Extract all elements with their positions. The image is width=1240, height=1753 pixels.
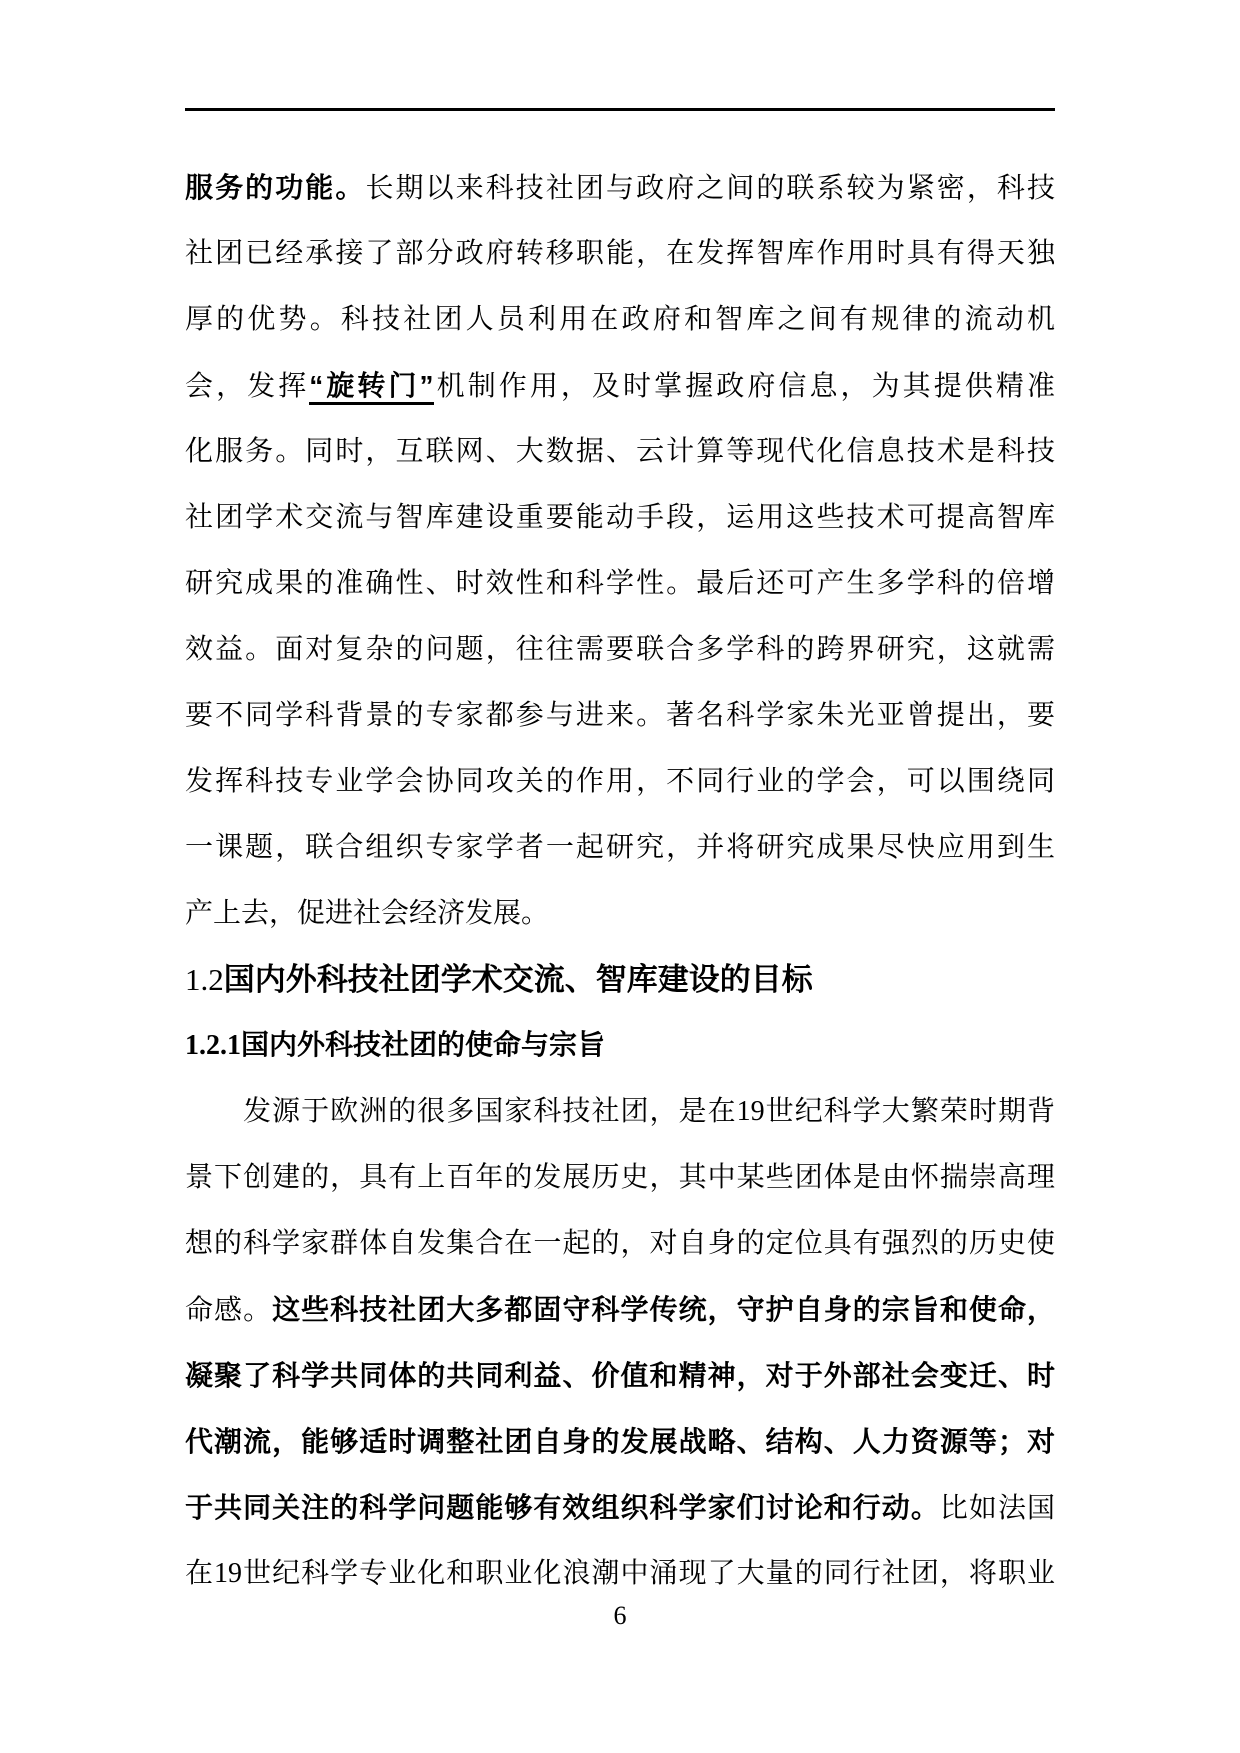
text-line: 命感。这些科技社团大多都固守科学传统，守护自身的宗旨和使命， — [185, 1277, 1055, 1343]
page-number: 6 — [185, 1596, 1055, 1636]
body-text: 命感。 — [185, 1295, 272, 1326]
bold-emphasis-text: 代潮流，能够适时调整社团自身的发展战略、结构、人力资源等；对 — [185, 1426, 1055, 1457]
section-title: 国内外科技社团学术交流、智库建设的目标 — [224, 962, 813, 997]
section-heading-1-2-1: 1.2.1国内外科技社团的使命与宗旨 — [185, 1013, 1055, 1079]
text-line: 要不同学科背景的专家都参与进来。著名科学家朱光亚曾提出，要 — [185, 683, 1055, 749]
bold-emphasis-text: 凝聚了科学共同体的共同利益、价值和精神，对于外部社会变迁、时 — [185, 1360, 1055, 1391]
body-text: 长期以来科技社团与政府之间的联系较为紧密，科技 — [365, 173, 1055, 204]
page-header-rule — [185, 108, 1055, 111]
paragraph-1: 服务的功能。长期以来科技社团与政府之间的联系较为紧密，科技 社团已经承接了部分政… — [185, 155, 1055, 947]
paragraph-2: 发源于欧洲的很多国家科技社团，是在19世纪科学大繁荣时期背 景下创建的，具有上百… — [185, 1079, 1055, 1607]
body-text: 机制作用，及时掌握政府信息，为其提供精准 — [434, 371, 1055, 402]
body-text: 发源于欧洲的很多国家科技社团，是在19世纪科学大繁荣时期背 — [243, 1096, 1055, 1127]
text-line: 研究成果的准确性、时效性和科学性。最后还可产生多学科的倍增 — [185, 551, 1055, 617]
body-text: 化服务。同时，互联网、大数据、云计算等现代化信息技术是科技 — [185, 436, 1055, 467]
text-line: 会，发挥“旋转门”机制作用，及时掌握政府信息，为其提供精准 — [185, 353, 1055, 419]
body-text: 会，发挥 — [185, 371, 309, 402]
document-page: 服务的功能。长期以来科技社团与政府之间的联系较为紧密，科技 社团已经承接了部分政… — [0, 0, 1240, 1753]
body-text: 要不同学科背景的专家都参与进来。著名科学家朱光亚曾提出，要 — [185, 700, 1055, 731]
body-text: 社团已经承接了部分政府转移职能，在发挥智库作用时具有得天独 — [185, 238, 1055, 269]
bold-underlined-term: “旋转门” — [309, 370, 433, 405]
body-text: 厚的优势。科技社团人员利用在政府和智库之间有规律的流动机 — [185, 304, 1055, 335]
body-text: 产上去，促进社会经济发展。 — [185, 898, 549, 929]
body-text: 想的科学家群体自发集合在一起的，对自身的定位具有强烈的历史使 — [185, 1228, 1055, 1259]
section-heading-1-2: 1.2国内外科技社团学术交流、智库建设的目标 — [185, 947, 1055, 1013]
text-line: 社团已经承接了部分政府转移职能，在发挥智库作用时具有得天独 — [185, 221, 1055, 287]
text-line: 社团学术交流与智库建设重要能动手段，运用这些技术可提高智库 — [185, 485, 1055, 551]
text-line: 景下创建的，具有上百年的发展历史，其中某些团体是由怀揣崇高理 — [185, 1145, 1055, 1211]
body-text: 一课题，联合组织专家学者一起研究，并将研究成果尽快应用到生 — [185, 832, 1055, 863]
text-line: 代潮流，能够适时调整社团自身的发展战略、结构、人力资源等；对 — [185, 1409, 1055, 1475]
body-text: 在19世纪科学专业化和职业化浪潮中涌现了大量的同行社团，将职业 — [185, 1558, 1055, 1589]
bold-lead-text: 服务的功能。 — [185, 172, 365, 203]
body-text: 发挥科技专业学会协同攻关的作用，不同行业的学会，可以围绕同 — [185, 766, 1055, 797]
section-title: 国内外科技社团的使命与宗旨 — [241, 1030, 605, 1061]
text-line: 化服务。同时，互联网、大数据、云计算等现代化信息技术是科技 — [185, 419, 1055, 485]
text-line: 效益。面对复杂的问题，往往需要联合多学科的跨界研究，这就需 — [185, 617, 1055, 683]
text-line: 凝聚了科学共同体的共同利益、价值和精神，对于外部社会变迁、时 — [185, 1343, 1055, 1409]
text-line: 想的科学家群体自发集合在一起的，对自身的定位具有强烈的历史使 — [185, 1211, 1055, 1277]
body-text: 比如法国 — [940, 1493, 1055, 1524]
bold-emphasis-text: 于共同关注的科学问题能够有效组织科学家们讨论和行动。 — [185, 1492, 940, 1523]
document-body: 服务的功能。长期以来科技社团与政府之间的联系较为紧密，科技 社团已经承接了部分政… — [185, 155, 1055, 1607]
text-line: 产上去，促进社会经济发展。 — [185, 881, 1055, 947]
text-line: 服务的功能。长期以来科技社团与政府之间的联系较为紧密，科技 — [185, 155, 1055, 221]
section-number: 1.2.1 — [185, 1030, 241, 1061]
text-line: 发源于欧洲的很多国家科技社团，是在19世纪科学大繁荣时期背 — [185, 1079, 1055, 1145]
section-number: 1.2 — [185, 962, 224, 997]
body-text: 社团学术交流与智库建设重要能动手段，运用这些技术可提高智库 — [185, 502, 1055, 533]
bold-emphasis-text: 这些科技社团大多都固守科学传统，守护自身的宗旨和使命， — [272, 1294, 1055, 1325]
text-line: 发挥科技专业学会协同攻关的作用，不同行业的学会，可以围绕同 — [185, 749, 1055, 815]
text-line: 厚的优势。科技社团人员利用在政府和智库之间有规律的流动机 — [185, 287, 1055, 353]
body-text: 效益。面对复杂的问题，往往需要联合多学科的跨界研究，这就需 — [185, 634, 1055, 665]
text-line: 一课题，联合组织专家学者一起研究，并将研究成果尽快应用到生 — [185, 815, 1055, 881]
body-text: 研究成果的准确性、时效性和科学性。最后还可产生多学科的倍增 — [185, 568, 1055, 599]
text-line: 于共同关注的科学问题能够有效组织科学家们讨论和行动。比如法国 — [185, 1475, 1055, 1541]
body-text: 景下创建的，具有上百年的发展历史，其中某些团体是由怀揣崇高理 — [185, 1162, 1055, 1193]
